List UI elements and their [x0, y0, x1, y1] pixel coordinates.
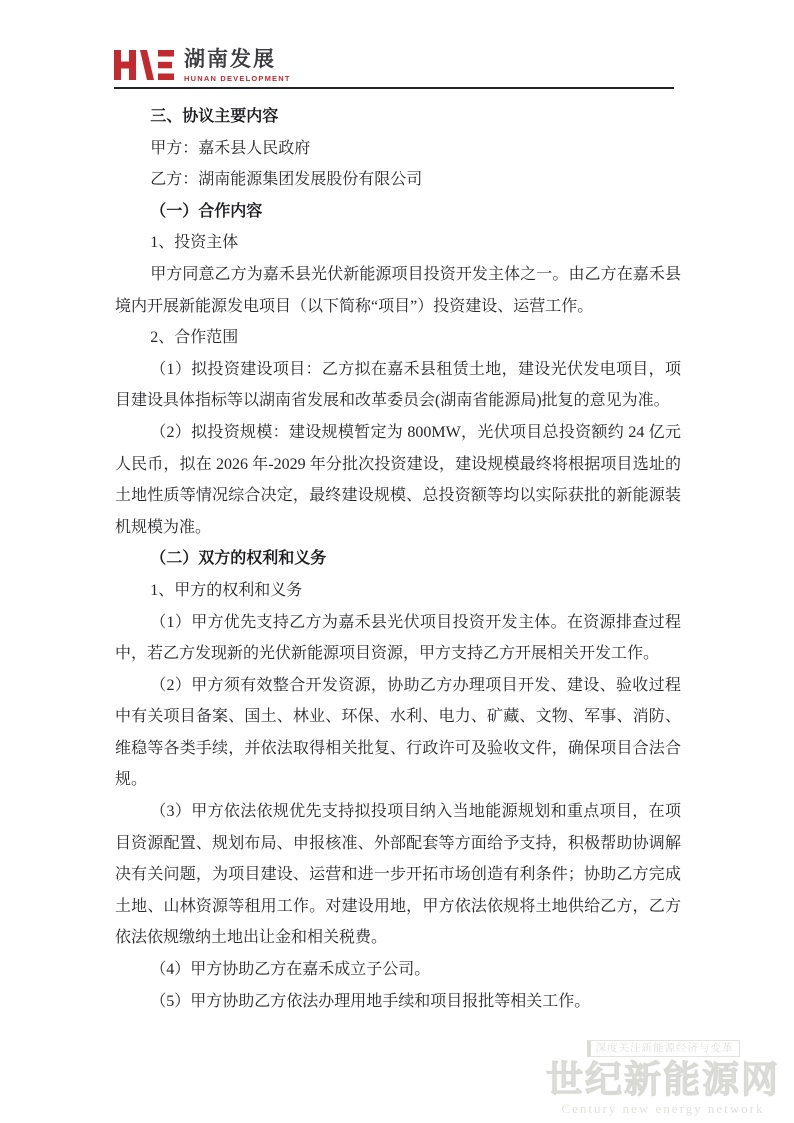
watermark-slogan: 深度关注新能源经济与变革 [587, 1040, 740, 1057]
watermark-title: 世纪新能源网 [538, 1060, 788, 1100]
para-party-a-clause-2: （2）甲方须有效整合开发资源，协助乙方办理项目开发、建设、验收过程中有关项目备案… [115, 670, 681, 796]
company-name-en: HUNAN DEVELOPMENT [184, 74, 291, 83]
party-b-line: 乙方：湖南能源集团发展股份有限公司 [115, 164, 681, 196]
watermark: 深度关注新能源经济与变革 世纪新能源网 Century new energy n… [538, 1038, 788, 1116]
item-investment-subject: 1、投资主体 [115, 227, 681, 259]
watermark-subtitle: Century new energy network [538, 1101, 788, 1116]
document-page: 湖南发展 HUNAN DEVELOPMENT 三、协议主要内容 甲方：嘉禾县人民… [0, 0, 794, 1123]
para-party-a-clause-5: （5）甲方协助乙方依法办理用地手续和项目报批等相关工作。 [115, 986, 681, 1018]
party-a-line: 甲方：嘉禾县人民政府 [115, 133, 681, 165]
heading-main: 三、协议主要内容 [115, 101, 681, 133]
para-proposed-project: （1）拟投资建设项目：乙方拟在嘉禾县租赁土地，建设光伏发电项目，项目建设具体指标… [115, 354, 681, 417]
item-cooperation-scope: 2、合作范围 [115, 322, 681, 354]
heading-rights-obligations: （二）双方的权利和义务 [115, 543, 681, 575]
para-party-a-clause-1: （1）甲方优先支持乙方为嘉禾县光伏项目投资开发主体。在资源排查过程中，若乙方发现… [115, 607, 681, 670]
hne-logo-icon [114, 47, 174, 83]
header-divider [114, 87, 674, 89]
para-investment-scale: （2）拟投资规模：建设规模暂定为 800MW，光伏项目总投资额约 24 亿元人民… [115, 417, 681, 543]
company-name-cn: 湖南发展 [184, 49, 291, 71]
heading-cooperation-content: （一）合作内容 [115, 196, 681, 228]
company-logo: 湖南发展 HUNAN DEVELOPMENT [114, 47, 291, 83]
para-investment-subject: 甲方同意乙方为嘉禾县光伏新能源项目投资开发主体之一。由乙方在嘉禾县境内开展新能源… [115, 259, 681, 322]
para-party-a-clause-3: （3）甲方依法依规优先支持拟投项目纳入当地能源规划和重点项目，在项目资源配置、规… [115, 796, 681, 954]
para-party-a-clause-4: （4）甲方协助乙方在嘉禾成立子公司。 [115, 954, 681, 986]
item-party-a-rights: 1、甲方的权利和义务 [115, 575, 681, 607]
document-body: 三、协议主要内容 甲方：嘉禾县人民政府 乙方：湖南能源集团发展股份有限公司 （一… [115, 101, 681, 1017]
company-name-block: 湖南发展 HUNAN DEVELOPMENT [184, 47, 291, 83]
